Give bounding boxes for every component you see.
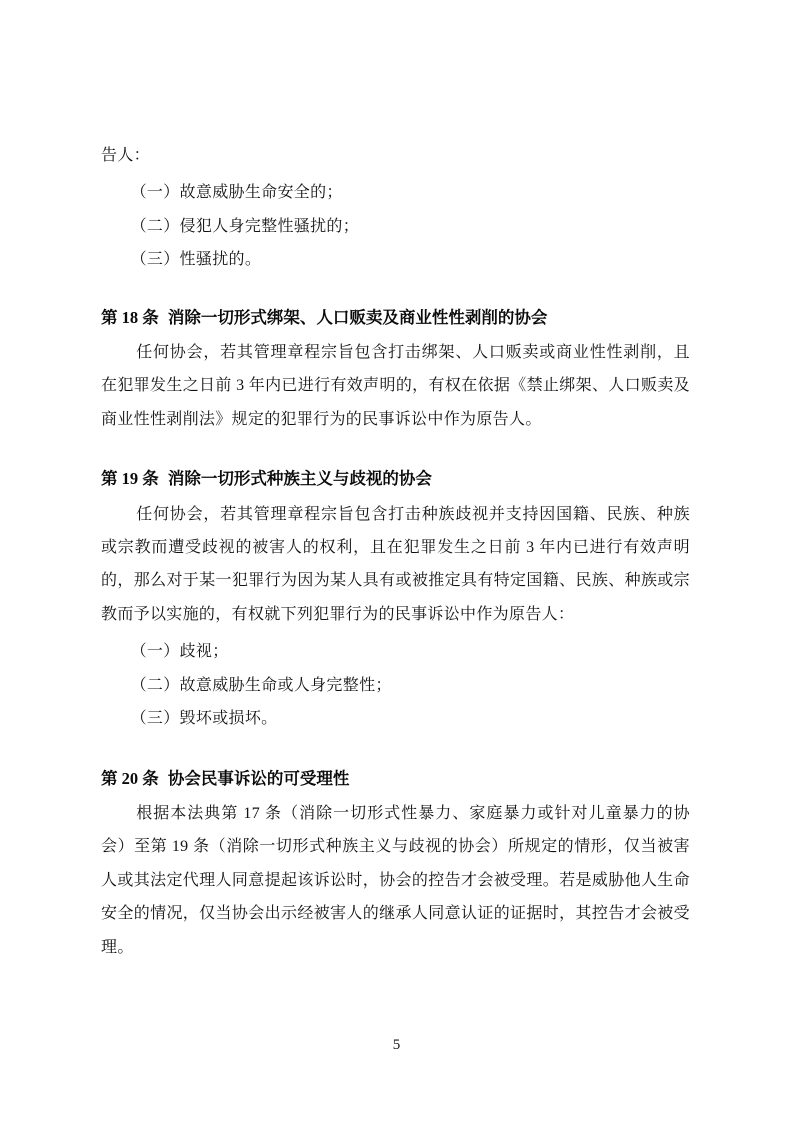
article-section-18: 第 18 条消除一切形式绑架、人口贩卖及商业性性剥削的协会 任何协会，若其管理章… bbox=[101, 301, 690, 437]
article-heading: 第 20 条协会民事诉讼的可受理性 bbox=[101, 762, 690, 795]
clause-item: （二）故意威胁生命或人身完整性； bbox=[101, 669, 690, 702]
page-number: 5 bbox=[0, 1036, 793, 1054]
article-number: 第 20 条 bbox=[101, 769, 159, 788]
article-heading: 第 19 条消除一切形式种族主义与歧视的协会 bbox=[101, 462, 690, 495]
article-title: 消除一切形式绑架、人口贩卖及商业性性剥削的协会 bbox=[168, 308, 548, 327]
clause-item: （一）故意威胁生命安全的； bbox=[101, 176, 690, 209]
continuation-text: 告人： bbox=[101, 139, 690, 172]
clause-item: （一）歧视； bbox=[101, 635, 690, 668]
article-paragraph: 任何协会，若其管理章程宗旨包含打击绑架、人口贩卖或商业性性剥削，且在犯罪发生之日… bbox=[101, 336, 690, 436]
article-paragraph: 根据本法典第 17 条（消除一切形式性暴力、家庭暴力或针对儿童暴力的协会）至第 … bbox=[101, 797, 690, 964]
article-paragraph: 任何协会，若其管理章程宗旨包含打击种族歧视并支持因国籍、民族、种族或宗教而遭受歧… bbox=[101, 498, 690, 632]
article-number: 第 18 条 bbox=[101, 308, 159, 327]
clause-item: （三）性骚扰的。 bbox=[101, 243, 690, 276]
article-clause-list: （一）歧视； （二）故意威胁生命或人身完整性； （三）毁坏或损坏。 bbox=[101, 635, 690, 735]
article-title: 协会民事诉讼的可受理性 bbox=[168, 769, 350, 788]
document-content: 告人： （一）故意威胁生命安全的； （二）侵犯人身完整性骚扰的； （三）性骚扰的… bbox=[101, 0, 690, 964]
clause-item: （三）毁坏或损坏。 bbox=[101, 702, 690, 735]
article-number: 第 19 条 bbox=[101, 469, 159, 488]
continuation-clause-list: （一）故意威胁生命安全的； （二）侵犯人身完整性骚扰的； （三）性骚扰的。 bbox=[101, 176, 690, 276]
article-heading: 第 18 条消除一切形式绑架、人口贩卖及商业性性剥削的协会 bbox=[101, 301, 690, 334]
article-title: 消除一切形式种族主义与歧视的协会 bbox=[168, 469, 432, 488]
article-section-20: 第 20 条协会民事诉讼的可受理性 根据本法典第 17 条（消除一切形式性暴力、… bbox=[101, 762, 690, 964]
document-page: 告人： （一）故意威胁生命安全的； （二）侵犯人身完整性骚扰的； （三）性骚扰的… bbox=[0, 0, 793, 1122]
article-section-19: 第 19 条消除一切形式种族主义与歧视的协会 任何协会，若其管理章程宗旨包含打击… bbox=[101, 462, 690, 735]
clause-item: （二）侵犯人身完整性骚扰的； bbox=[101, 210, 690, 243]
